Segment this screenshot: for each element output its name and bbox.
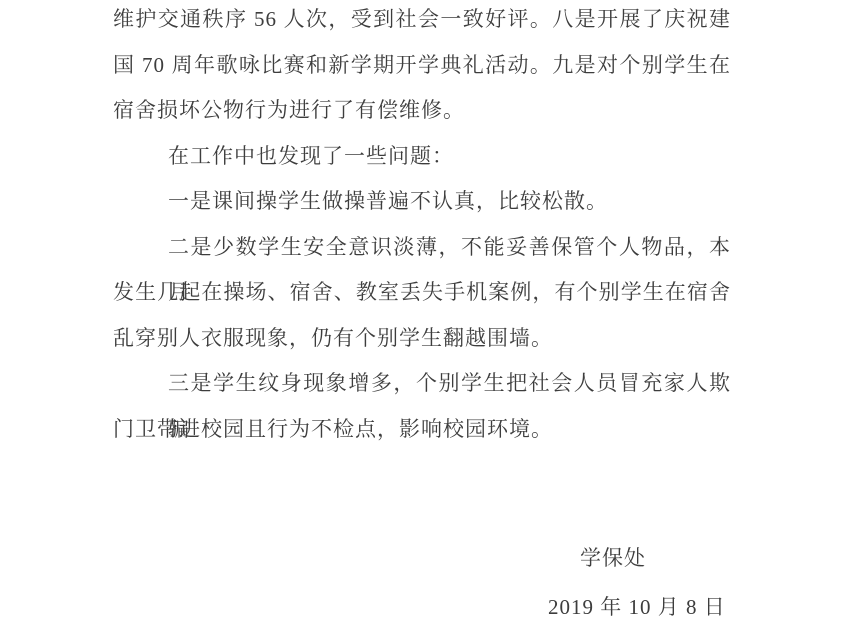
document-page: 维护交通秩序 56 人次，受到社会一致好评。八是开展了庆祝建 国 70 周年歌咏…: [0, 0, 850, 626]
document-line: 乱穿别人衣服现象，仍有个别学生翻越围墙。: [113, 316, 731, 362]
document-line: 一是课间操学生做操普遍不认真，比较松散。: [113, 179, 731, 225]
document-line: 三是学生纹身现象增多，个别学生把社会人员冒充家人欺骗: [113, 361, 731, 407]
document-line: 维护交通秩序 56 人次，受到社会一致好评。八是开展了庆祝建: [113, 0, 731, 43]
signature-date: 2019 年 10 月 8 日: [548, 595, 726, 619]
document-line: 二是少数学生安全意识淡薄，不能妥善保管个人物品，本月: [113, 225, 731, 271]
signature-department: 学保处: [580, 546, 646, 570]
document-body: 维护交通秩序 56 人次，受到社会一致好评。八是开展了庆祝建 国 70 周年歌咏…: [113, 0, 731, 452]
document-line: 门卫带进校园且行为不检点，影响校园环境。: [113, 407, 731, 453]
document-line: 宿舍损坏公物行为进行了有偿维修。: [113, 88, 731, 134]
document-line: 发生几起在操场、宿舍、教室丢失手机案例，有个别学生在宿舍: [113, 270, 731, 316]
document-line: 在工作中也发现了一些问题：: [113, 134, 731, 180]
document-line: 国 70 周年歌咏比赛和新学期开学典礼活动。九是对个别学生在: [113, 43, 731, 89]
